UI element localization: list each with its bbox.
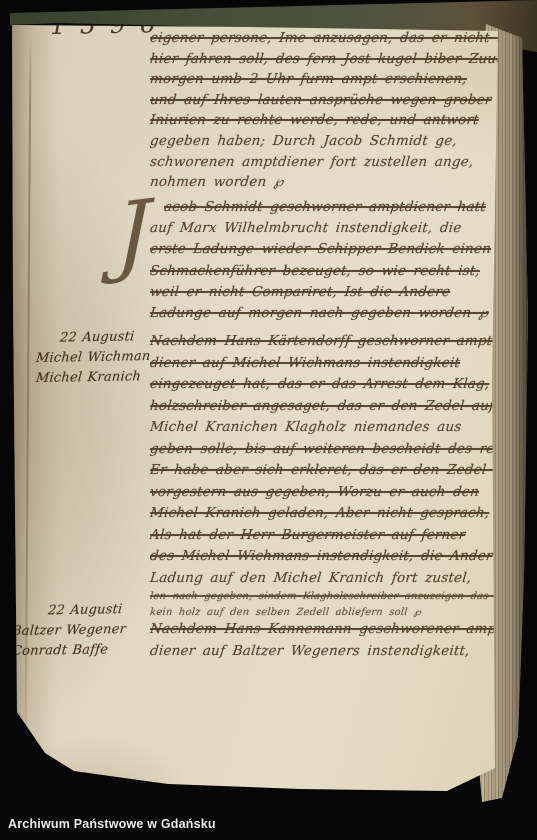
- manuscript-line: len nach gegeben, sindem Klagholzschreib…: [149, 589, 511, 605]
- margin-note-line: Conradt Baffe: [11, 640, 127, 662]
- manuscript-line: erste Ladunge wieder Schipper Bendick ei…: [149, 239, 511, 260]
- manuscript-line: eigener persone, Ime anzusagen, das er n…: [149, 28, 511, 49]
- manuscript-line: Nachdem Hans Kärtendorff geschworner amp…: [149, 331, 511, 353]
- manuscript-line: diener auf Michel Wichmans instendigkeit: [149, 353, 511, 375]
- paragraph: eigener persone, Ime anzusagen, das er n…: [150, 28, 510, 193]
- manuscript-line: acob Schmidt geschworner amptdiener hatt: [149, 197, 511, 218]
- manuscript-line: des Michel Wichmans instendigkeit, die A…: [149, 546, 511, 568]
- margin-note-line: Michel Wichman: [35, 347, 151, 369]
- manuscript-line: Ladunge auf morgen nach gegeben worden ℘: [149, 303, 511, 324]
- margin-note-line: 22 Augusti: [11, 600, 127, 622]
- photo-canvas: 1596 4 22 AugustiMichel WichmanMichel Kr…: [0, 0, 537, 840]
- manuscript-line: schworenen amptdiener fort zustellen ang…: [149, 152, 511, 173]
- margin-note: 22 AugustiBaltzer WegenerConradt Baffe: [12, 601, 126, 661]
- margin-note-line: Baltzer Wegener: [11, 620, 127, 642]
- manuscript-line: Schmackenführer bezeuget, so wie recht i…: [149, 261, 511, 282]
- paragraph: Nachdem Hans Kärtendorff geschworner amp…: [150, 331, 510, 621]
- manuscript-line: Michel Kranichen Klagholz niemandes aus: [149, 417, 511, 439]
- manuscript-line: hier fahren soll, des fern Jost kugel bi…: [149, 49, 511, 70]
- manuscript-line: auf Marx Wilhelmbrucht instendigkeit, di…: [149, 218, 511, 239]
- manuscript-line: Er habe aber sich erkleret, das er den Z…: [149, 460, 511, 482]
- manuscript-line: gegeben haben; Durch Jacob Schmidt ge,: [149, 131, 511, 152]
- archive-watermark: Archiwum Państwowe w Gdańsku: [8, 817, 216, 831]
- flourish-initial: J: [115, 188, 151, 279]
- manuscript-line: holzschreiber angesaget, das er den Zede…: [149, 396, 511, 418]
- manuscript-line: eingezeuget hat, das er das Arrest dem K…: [149, 374, 511, 396]
- manuscript-line: vorgestern aus gegeben, Worzu er auch de…: [149, 482, 511, 504]
- manuscript-line: geben solle, bis auf weiteren bescheidt …: [149, 439, 511, 461]
- margin-note-line: 22 Augusti: [35, 327, 151, 349]
- manuscript-line: Nachdem Hans Kannemann geschworener ampt…: [149, 619, 511, 641]
- manuscript-line: morgen umb 2 Uhr furm ampt erschienen,: [149, 69, 511, 90]
- manuscript-page: 1596 4 22 AugustiMichel WichmanMichel Kr…: [0, 0, 537, 840]
- margin-note-line: Michel Kranich: [35, 367, 151, 389]
- manuscript-line: weil er nicht Compariret, Ist die Andere: [149, 282, 511, 303]
- manuscript-line: diener auf Baltzer Wegeners instendigkei…: [149, 641, 511, 663]
- manuscript-line: nohmen worden ℘: [149, 172, 511, 193]
- manuscript-line: Iniurien zu rechte werde, rede, und antw…: [149, 110, 511, 131]
- margin-note: 22 AugustiMichel WichmanMichel Kranich: [36, 328, 150, 388]
- paragraph: Nachdem Hans Kannemann geschworener ampt…: [150, 619, 510, 662]
- manuscript-line: Als hat der Herr Burgermeister auf ferne…: [149, 525, 511, 547]
- manuscript-line: und auf Ihres lauten ansprüche wegen gro…: [149, 90, 511, 111]
- manuscript-line: Michel Kranich geladen, Aber nicht gespr…: [149, 503, 511, 525]
- manuscript-line: Ladung auf den Michel Kranich fort zuste…: [149, 568, 511, 590]
- paragraph: Jacob Schmidt geschworner amptdiener hat…: [150, 197, 510, 324]
